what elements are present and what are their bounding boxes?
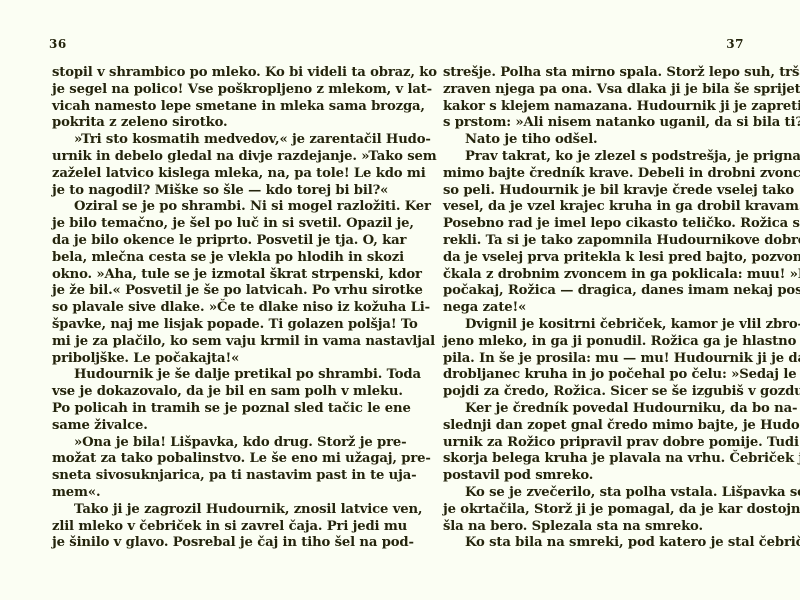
text-line: da je bilo okence le priprto. Posvetil j… — [52, 233, 352, 250]
text-line: mimo bajte čredník krave. Debeli in drob… — [443, 166, 744, 183]
text-line: so plavale sive dlake. »Če te dlake niso… — [52, 300, 352, 317]
text-line: špavke, naj me lisjak popade. Ti golazen… — [52, 317, 352, 334]
book-spread: 36 stopil v shrambico po mleko. Ko bi vi… — [0, 0, 800, 600]
text-line: zaželel latvico kislega mleka, na, pa to… — [52, 166, 352, 183]
text-line: Ko sta bila na smreki, pod katero je sta… — [443, 535, 744, 552]
text-line: same živalce. — [52, 418, 352, 435]
text-line: vesel, da je vzel krajec kruha in ga dro… — [443, 199, 744, 216]
text-line: vicah namesto lepe smetane in mleka sama… — [52, 99, 352, 116]
text-line: Ko se je zvečerilo, sta polha vstala. Li… — [443, 485, 744, 502]
text-line: strešje. Polha sta mirno spala. Storž le… — [443, 65, 744, 82]
text-line: sneta sivosuknjarica, pa ti nastavim pas… — [52, 468, 352, 485]
text-line: mi je za plačilo, ko sem vaju krmil in v… — [52, 334, 352, 351]
text-line: so peli. Hudournik je bil kravje črede v… — [443, 183, 744, 200]
text-line: drobljanec kruha in jo počehal po čelu: … — [443, 367, 744, 384]
page-number-left: 36 — [49, 37, 67, 51]
text-line: vse je dokazovalo, da je bil en sam polh… — [52, 384, 352, 401]
text-line: je bilo temačno, je šel po luč in si sve… — [52, 216, 352, 233]
text-line: Oziral se je po shrambi. Ni si mogel raz… — [52, 199, 352, 216]
text-line: je to nagodil? Miške so šle — kdo torej … — [52, 183, 352, 200]
text-line: postavil pod smreko. — [443, 468, 744, 485]
text-line: skorja belega kruha je plavala na vrhu. … — [443, 451, 744, 468]
text-line: »Tri sto kosmatih medvedov,« je zarentač… — [52, 132, 352, 149]
text-line: kakor s klejem namazana. Hudournik ji je… — [443, 99, 744, 116]
text-line: urnik in debelo gledal na divje razdejan… — [52, 149, 352, 166]
text-line: da je vselej prva pritekla k lesi pred b… — [443, 250, 744, 267]
text-line: jeno mleko, in ga ji ponudil. Rožica ga … — [443, 334, 744, 351]
text-line: Po policah in tramih se je poznal sled t… — [52, 401, 352, 418]
right-page: 37 strešje. Polha sta mirno spala. Storž… — [400, 0, 800, 600]
text-line: stopil v shrambico po mleko. Ko bi videl… — [52, 65, 352, 82]
text-line: urnik za Rožico pripravil prav dobre pom… — [443, 435, 744, 452]
text-line: pokrita z zeleno sirotko. — [52, 115, 352, 132]
text-line: Hudournik je še dalje pretikal po shramb… — [52, 367, 352, 384]
text-line: možat za tako pobalinstvo. Le še eno mi … — [52, 451, 352, 468]
text-line: pila. In še je prosila: mu — mu! Hudourn… — [443, 351, 744, 368]
text-line: Nato je tiho odšel. — [443, 132, 744, 149]
left-page: 36 stopil v shrambico po mleko. Ko bi vi… — [0, 0, 400, 600]
text-line: Posebno rad je imel lepo cikasto teličko… — [443, 216, 744, 233]
text-line: mem«. — [52, 485, 352, 502]
text-line: okno. »Aha, tule se je izmotal škrat str… — [52, 267, 352, 284]
text-line: Ker je čredník povedal Hudourniku, da bo… — [443, 401, 744, 418]
text-line: bela, mlečna cesta se je vlekla po hlodi… — [52, 250, 352, 267]
text-line: slednji dan zopet gnal čredo mimo bajte,… — [443, 418, 744, 435]
text-line: je šinilo v glavo. Posrebal je čaj in ti… — [52, 535, 352, 552]
text-line: je segel na polico! Vse poškropljeno z m… — [52, 82, 352, 99]
left-page-text: stopil v shrambico po mleko. Ko bi videl… — [52, 65, 352, 552]
text-line: Tako ji je zagrozil Hudournik, znosil la… — [52, 502, 352, 519]
text-line: »Ona je bila! Lišpavka, kdo drug. Storž … — [52, 435, 352, 452]
text-line: Prav takrat, ko je zlezel s podstrešja, … — [443, 149, 744, 166]
text-line: pojdi za čredo, Rožica. Sicer se še izgu… — [443, 384, 744, 401]
text-line: šla na bero. Splezala sta na smreko. — [443, 519, 744, 536]
text-line: rekli. Ta si je tako zapomnila Hudournik… — [443, 233, 744, 250]
page-number-right: 37 — [726, 37, 744, 51]
text-line: nega zate!« — [443, 300, 744, 317]
text-line: s prstom: »Ali nisem natanko uganil, da … — [443, 115, 744, 132]
text-line: je okrtačila, Storž ji je pomagal, da je… — [443, 502, 744, 519]
text-line: zlil mleko v čebriček in si zavrel čaja.… — [52, 519, 352, 536]
text-line: zraven njega pa ona. Vsa dlaka ji je bil… — [443, 82, 744, 99]
text-line: Dvignil je kositrni čebriček, kamor je v… — [443, 317, 744, 334]
text-line: počakaj, Rožica — dragica, danes imam ne… — [443, 283, 744, 300]
text-line: čkala z drobnim zvoncem in ga poklicala:… — [443, 267, 744, 284]
text-line: je že bil.« Posvetil je še po latvicah. … — [52, 283, 352, 300]
text-line: priboljške. Le počakajta!« — [52, 351, 352, 368]
right-page-text: strešje. Polha sta mirno spala. Storž le… — [443, 65, 744, 552]
